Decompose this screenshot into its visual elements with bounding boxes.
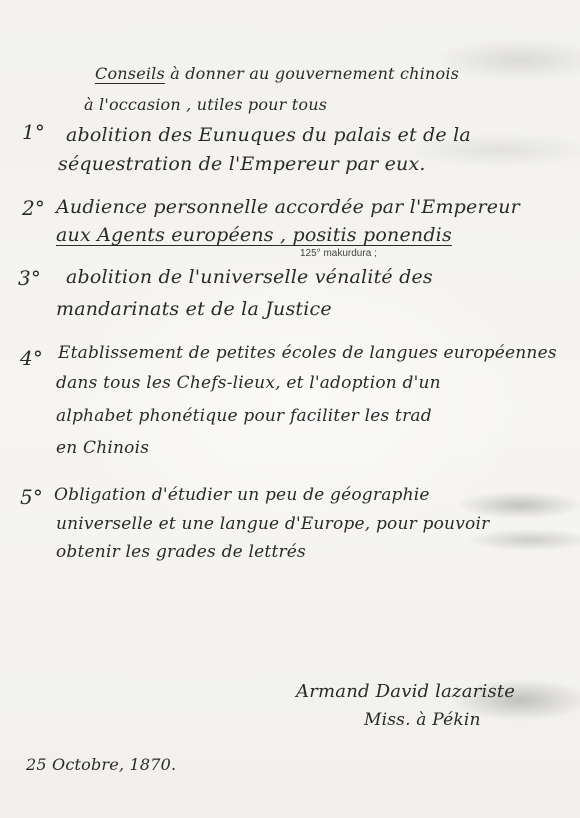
item-5-line-2: universelle et une langue d'Europe, pour… bbox=[56, 514, 489, 534]
item-5-line-3: obtenir les grades de lettrés bbox=[56, 542, 306, 562]
item-5-line-1: Obligation d'étudier un peu de géographi… bbox=[54, 485, 430, 505]
title-line-1: Conseils à donner au gouvernement chinoi… bbox=[95, 64, 459, 83]
item-2-line-1: Audience personnelle accordée par l'Empe… bbox=[56, 196, 520, 218]
scanned-letter-page: Conseils à donner au gouvernement chinoi… bbox=[0, 0, 580, 818]
signature-title: Miss. à Pékin bbox=[364, 710, 481, 730]
item-4-line-3: alphabet phonétique pour faciliter les t… bbox=[56, 406, 432, 426]
title-underlined-word: Conseils bbox=[95, 64, 165, 83]
item-4-line-2: dans tous les Chefs-lieux, et l'adoption… bbox=[56, 373, 441, 393]
item-3-line-2: mandarinats et de la Justice bbox=[56, 298, 332, 320]
item-2-line-2: aux Agents européens , positis ponendis bbox=[56, 224, 452, 246]
item-2-number: 2° bbox=[22, 196, 45, 220]
letter-date: 25 Octobre, 1870. bbox=[26, 755, 176, 774]
item-5-number: 5° bbox=[20, 485, 43, 509]
item-4-line-1: Etablissement de petites écoles de langu… bbox=[58, 343, 557, 363]
item-1-line-1: abolition des Eunuques du palais et de l… bbox=[66, 124, 471, 146]
signature-name: Armand David lazariste bbox=[296, 681, 515, 702]
item-1-number: 1° bbox=[22, 120, 45, 144]
item-4-number: 4° bbox=[20, 346, 43, 370]
title-line-1-rest: à donner au gouvernement chinois bbox=[170, 64, 459, 83]
item-1-line-2: séquestration de l'Empereur par eux. bbox=[58, 153, 426, 175]
item-3-number: 3° bbox=[18, 266, 41, 290]
annotation-label: 125° makurdura ; bbox=[300, 248, 377, 259]
item-4-line-4: en Chinois bbox=[56, 438, 149, 458]
item-3-line-1: abolition de l'universelle vénalité des bbox=[66, 266, 433, 288]
title-line-2: à l'occasion , utiles pour tous bbox=[84, 95, 327, 114]
